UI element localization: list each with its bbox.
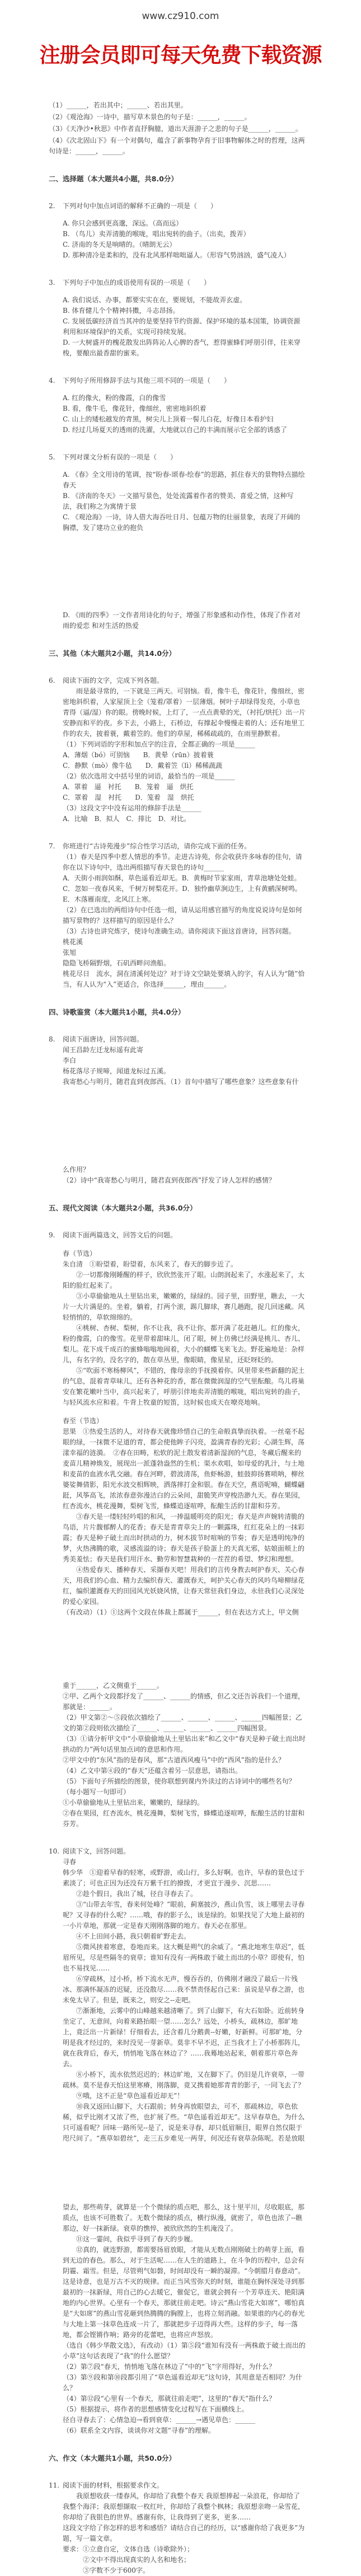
passage-paragraph: ②趁个假日，我出了城，径自寻春去了。 xyxy=(63,1889,306,1899)
question-number: 5. xyxy=(49,452,63,631)
question-number: 10. xyxy=(49,1846,63,2436)
sub-question-line: （5）根据提示，将作者的思想感情变化过程写在下面横线上。 xyxy=(63,2404,306,2415)
option-line: A. 红的像火，粉的像霞，白的像雪 xyxy=(63,393,306,403)
passage-paragraph: ⑩我又返回山脚下，大石跟前；转身再放眼望去，可不，那疏林边，草色依稀，似乎比刚才… xyxy=(63,2101,306,2144)
question-8: 8. 阅读下面唐诗，回答问题。 闻王昌龄左迁龙标遥有此寄李白杨花落尽子规啼，闻道… xyxy=(49,1034,306,1186)
sub-question-line: 隐隐飞桥隔野烟，石矶西畔问渔船。 xyxy=(63,958,306,969)
question-text: 下列句子中加点的成语使用有误的一项是（ ） xyxy=(63,278,306,288)
sub-question-line: ②甲文中的“东风”指的是春风，那“古道西风瘦马”中的“西风”指的是什么？ xyxy=(63,1755,306,1766)
sub-question-line: ②春在果园，红杏流水，桃花漫舞，梨树飞雪，蜂蝶追逐喧哗，酝酿生活的甘甜和芬芳。 xyxy=(63,1808,306,1829)
question-text: 下列句子所用修辞手法与其他三项不同的一项是（ ） xyxy=(63,376,306,386)
options-list: A. 《春》全文用诗的笔调，按“盼春-颂春-绘春”的思路，抓住春天的景物特点描绘… xyxy=(63,470,306,533)
sub-question-line: 径自寻春去了：心情急迫→看到衰草：______→遇见草色：______ xyxy=(63,2415,306,2425)
passage-paragraph: 望去，那些萌芽，就算是一个个微绿的质点吧，那么，这十里平川，尽收眼底，那质点，也… xyxy=(63,2202,306,2234)
option-line: C. 济南的冬天是响晴的。（晴朗无云） xyxy=(63,240,306,250)
passage-paragraph: 思果 ①热爱生活的人，对待春天就像珍惜自己的生命般真挚而执着。一丝毫不起眼的绿，… xyxy=(63,1427,306,1512)
sub-question-line: （1）下列词语的字形和加点字的注音，全都正确的一项是______ xyxy=(63,739,306,750)
sub-question-line: 桃花溪 xyxy=(63,937,306,947)
sub-question-line: A．薄烟（bó）可别恼 B．黄晕（rūn）披着蓑 xyxy=(63,750,306,761)
passage-xunchun-part1: 韩少华 ①迎着早春的轻寒，或野游，或山行，多么好啊。也许，早春的景色过于素淡了；… xyxy=(63,1868,306,2144)
sub-question-line: （3）这段文字中没有运用的修辞手法是______ xyxy=(63,803,306,814)
option-line: B. 体育健儿个个精神抖擞，斗志昂扬。 xyxy=(63,306,306,316)
option-line: B. （鸟儿）卖弄清脆的喉咙，唱出宛转的曲子。（出卖，拨弄） xyxy=(63,229,306,240)
poem-line: 闻王昌龄左迁龙标遥有此寄 xyxy=(63,1045,306,1055)
sub-question-line: E．木落雁南度，北风江上寒。 xyxy=(63,894,306,905)
option-line: A. 我们说话、办事，都要实实在在，要规划，不能故弄玄虚。 xyxy=(63,295,306,306)
option-line: C. 发展低碳经济首当其冲的是要坚持节约资源、保护环境的基本国策，协调资源利用和… xyxy=(63,316,306,337)
option-line: B. 《济南的冬天》一文描写景色，处处流露着作者的赞美、喜爱之情，这种写法，我们… xyxy=(63,491,306,512)
sub-question-line: （2）诗中“我寄愁心与明月，随君直到夜郎西”抒发了诗人怎样的感情？ xyxy=(63,1175,306,1186)
requirement-line: ②文中不得出现真实的人名和地名； xyxy=(63,2555,306,2565)
sub-question-line: （2）甲文第②～⑤段依次描绘了______、______、______、____… xyxy=(63,1712,306,1734)
question-4: 4. 下列句子所用修辞手法与其他三项不同的一项是（ ） A. 红的像火，粉的像霞… xyxy=(49,376,306,435)
question-number: 6. xyxy=(49,675,63,824)
blank-gap xyxy=(63,1618,306,1681)
exam-content: （1）______，若出其中；______、若出其里。（2）《观沧海》一诗中，描… xyxy=(0,76,361,2576)
sub-question-line: （4）乙文中第④段的“春天”还蕴含着另一层意思，请指出。 xyxy=(63,1766,306,1776)
sub-question-line: （1）春天是四季中惹人情思的季节。走进古诗苑，你会收获许多咏春的佳句，请你在以下… xyxy=(63,852,306,873)
sub-question-line: （3）①请分析甲文中“小草偷偷地从土里钻出来”和乙文中“春天是种子破土而出时拱动… xyxy=(63,1734,306,1755)
option-line: C. 山上的矮松越发的青黑，树尖儿上顶着一髻儿白花，好像日本看护妇 xyxy=(63,414,306,425)
question-number: 7. xyxy=(49,841,63,990)
sub-question-line: C．忽如一夜春风来，千树万树梨花开。D．独怜幽草涧边生，上有黄鹂深树鸣。 xyxy=(63,884,306,894)
sub-questions: （1）下列词语的字形和加点字的注音，全都正确的一项是______A．薄烟（bó）… xyxy=(63,739,306,824)
sub-question-line: 么作用？ xyxy=(63,1165,306,1175)
section-heading-poetry: 四、诗歌鉴赏（本大题共1小题，共4.0分） xyxy=(49,1007,306,1017)
option-line: A. 《春》全文用诗的笔调，按“盼春-颂春-绘春”的思路，抓住春天的景物特点描绘… xyxy=(63,470,306,491)
sub-question-line: 张旭 xyxy=(63,947,306,958)
question-intro: 阅读下面唐诗，回答问题。 xyxy=(63,1034,306,1045)
passage-paragraph: ④不上田间小路，我只朝着旷野走去。 xyxy=(63,1931,306,1942)
sub-question-line: （3）第⑨段和第⑩段都引用了“草色遥看近却无”这句诗，其用意是否相同？为什么？ xyxy=(63,2372,306,2394)
passage-chun: 朱自清 ①盼望着，盼望着，东风来了，春天的脚步近了。②一切都像刚睡醒的样子，欣欣… xyxy=(63,1259,306,1408)
passage-paragraph: ⑦渐渐地，云雾中的山峰越来越清晰了。到了山脚下，有大石如卧。近前转身坐定了，无意… xyxy=(63,2006,306,2070)
question-1-blanks: （1）______，若出其中；______、若出其里。（2）《观沧海》一诗中，描… xyxy=(49,100,306,157)
passage-paragraph: ⑤微风挟着寒意，卷地而来。这大概是朔气的余威了。“燕北地寒生草迟”，低眉所见，尽… xyxy=(63,1942,306,1974)
blank-fill-line: （1）______，若出其中；______、若出其里。 xyxy=(49,100,306,111)
poem-line: 李白 xyxy=(63,1055,306,1066)
blank-gap xyxy=(63,533,306,610)
sub-questions: （2）第⑦段“春天，悄悄地飞落在林边了”中的“飞”字用得好，为什么？（3）第⑨段… xyxy=(63,2362,306,2436)
question-number: 9. xyxy=(49,1230,63,1829)
sub-question-line: （2）在已选出的两组诗句中任选一组，请从运用感官描写的角度说说诗句是如何描写景物… xyxy=(63,905,306,926)
sub-question-line: （6）联系全文内容，谈谈你对文题“寻春”的理解。 xyxy=(63,2425,306,2436)
passage-paragraph: ⑤“吹面不寒杨柳风”，不错的，像母亲的手抚摸着你。风里带来些新翻的泥土的气息，混… xyxy=(63,1366,306,1408)
sub-question-line: C．罩着 湿 衬托 D．笼着 湿 烘托 xyxy=(63,792,306,803)
question-intro: 阅读下文，回答问题。 xyxy=(63,1846,306,1857)
option-line: D. 《雨的四季》一文作者用诗化的句子，增强了形象感和动作性，体现了作者对雨的爱… xyxy=(63,610,306,631)
option-line: D. 那种清冷是柔和的，没有北风那样咄咄逼人。（形容气势汹汹，盛气凌人） xyxy=(63,250,306,261)
exam-paper-page: www.cz910.com 注册会员即可每天免费下载资源 （1）______，若… xyxy=(0,0,361,2576)
passage-paragraph: ⑪这一霎间，我似乎寻到了春天的步履。 xyxy=(63,2234,306,2245)
requirement-line: ③字数不少于600字。 xyxy=(63,2565,306,2576)
option-line: D. 经过几场夏天的透雨的洗濯，大地就以自己的丰满而展示它全部的诱惑了 xyxy=(63,425,306,435)
passage-paragraph: ⑥穿疏林，过小桥，桥下流水无声，慢吞吞的，仿佛刚才融没了最后一片残冰、那满怀凝冻… xyxy=(63,1974,306,2006)
sub-question-line: 重于______，乙文侧重于______。 xyxy=(63,1681,306,1691)
passage-paragraph: 朱自清 ①盼望着，盼望着，东风来了，春天的脚步近了。 xyxy=(63,1259,306,1270)
question-5: 5. 下列对课文分析有误的一项是（ ） A. 《春》全文用诗的笔调，按“盼春-颂… xyxy=(49,452,306,631)
sub-question-line: （2）第⑦段“春天，悄悄地飞落在林边了”中的“飞”字用得好，为什么？ xyxy=(63,2362,306,2372)
question-2: 2. 下列对句中加点词语的解释不正确的一项是（ ） A. 你只会感到更高邈，深远… xyxy=(49,201,306,261)
question-intro: 阅读下面两篇选文，回答文后的问题。 xyxy=(63,1230,306,1241)
question-11: 11. 阅读下面的材料，根据要求作文。 我原想收获一缕春风，你却给了我整个春天 … xyxy=(49,2480,306,2576)
sub-question-line: ①小草偷偷地从土里钻出来，嫩嫩的，绿绿的。 xyxy=(63,1798,306,1808)
question-intro: 阅读下面的材料，根据要求作文。 xyxy=(63,2480,306,2491)
section-heading-choice: 二、选择题（本大题共4小题，共8.0分） xyxy=(49,173,306,184)
sub-question-line: （4）第⑫段“心里有一个春天，那就往前走吧”，这里的“春天”指什么？ xyxy=(63,2394,306,2404)
passage-xunchun-part2: 望去，那些萌芽，就算是一个个微绿的质点吧，那么，这十里平川，尽收眼底，那质点，也… xyxy=(63,2202,306,2340)
passage-title: 寻春 xyxy=(63,1857,306,1868)
passage-paragraph: ③春天是一缕轻轻吟唱的和风，一捧温暖明亮的阳光；春天是声声婉转清脆的鸟语，片片馥… xyxy=(63,1512,306,1565)
passage-paragraph: ③小草偷偷地从土里钻出来，嫩嫩的，绿绿的。园子里，田野里，瞧去，一大片一大片满是… xyxy=(63,1291,306,1323)
question-intro: 阅读下面的文字，完成下列各题。 xyxy=(63,675,306,686)
question-number: 2. xyxy=(49,201,63,261)
sub-question-line: A．罩着 逼 衬托 B．笼着 逼 烘托 xyxy=(63,782,306,792)
sub-question-line: （3）古诗也讲究炼字，使诗句准确生动。请你阅读下面这首唐诗，回答问题。 xyxy=(63,926,306,937)
passage-title: 春至（节选） xyxy=(63,1416,306,1427)
requirement-line: 要求：①立意自定，文体自选（诗歌除外）； xyxy=(63,2544,306,2555)
passage-paragraph: ③“山带去年雪，春来何处峰？”眼前，蓟塞披沙，燕山负雪，该上哪里去寻春呢？又寻春… xyxy=(63,1899,306,1931)
question-6: 6. 阅读下面的文字，完成下列各题。 雨是最寻常的，一下就是三两天。可别恼。看，… xyxy=(49,675,306,824)
blank-gap xyxy=(63,2144,306,2202)
poem-line: 杨花落尽子规啼，闻道龙标过五溪。 xyxy=(63,1066,306,1077)
sub-questions: 重于______，乙文侧重于______。②甲、乙两个文段都抒发了______、… xyxy=(63,1681,306,1829)
options-list: A. 我们说话、办事，都要实实在在，要规划，不能故弄玄虚。B. 体育健儿个个精神… xyxy=(63,295,306,359)
section-heading-reading: 五、现代文阅读（本大题共2小题，共36.0分） xyxy=(49,1203,306,1213)
passage-paragraph: ⑨哦，这不正是“草色遥看近却无”！ xyxy=(63,2091,306,2101)
sub-question-line: （选自《韩少华散文选》，有改动）（1）第⑤段“谁知有没有一两株敢于破土而出的小草… xyxy=(63,2340,306,2362)
passage-paragraph: ②一切都像刚睡醒的样子，欣欣然张开了眼。山朗润起来了，水涨起来了，太阳的脸红起来… xyxy=(63,1270,306,1291)
composition-prompt: 这段文字给了你怎样的思考和感悟？请结合自己的经历，以“感谢你给了我更多”为题，写… xyxy=(63,2523,306,2544)
passage-chunzhi: 思果 ①热爱生活的人，对待春天就像珍惜自己的生命般真挚而执着。一丝毫不起眼的绿，… xyxy=(63,1427,306,1607)
reading-passage: 雨是最寻常的，一下就是三两天。可别恼。看，像牛毛，像花针，像细丝，密密地斜织着，… xyxy=(63,686,306,739)
sub-question-line: A．天街小雨润如酥，草色遥看近却无。B．黄梅时节家家雨，青草池塘处处蛙。 xyxy=(63,873,306,884)
blank-fill-line: （2）《观沧海》一诗中，描写草木景色的句子是：______，______。 xyxy=(49,112,306,123)
poem-lines: 闻王昌龄左迁龙标遥有此寄李白杨花落尽子规啼，闻道龙标过五溪。我寄愁心与明月，随君… xyxy=(63,1045,306,1087)
option-line: C. 《观沧海》一诗，诗人借大海吞吐日月、包蕴万物的壮丽景象，表现了开阔的胸襟，… xyxy=(63,512,306,533)
question-intro: 你班进行“古诗苑漫步”综合性学习活动，请你完成下面的任务。 xyxy=(63,841,306,852)
question-number: 3. xyxy=(49,278,63,359)
sub-question-line: （5）下面句子所描绘的图景，使你联想到课内外读过的古诗词中的哪些名句？（每小题写… xyxy=(63,1776,306,1798)
passage-paragraph: 韩少华 ①迎着早春的轻寒，或野游，或山行，多么好啊。也许，早春的景色过于素淡了；… xyxy=(63,1868,306,1889)
options-list: A. 你只会感到更高邈，深远。（高而远）B. （鸟儿）卖弄清脆的喉咙，唱出宛转的… xyxy=(63,218,306,261)
question-3: 3. 下列句子中加点的成语使用有误的一项是（ ） A. 我们说话、办事，都要实实… xyxy=(49,278,306,359)
question-9: 9. 阅读下面两篇选文，回答文后的问题。 春（节选） 朱自清 ①盼望着，盼望着，… xyxy=(49,1230,306,1829)
promo-banner: 注册会员即可每天免费下载资源 xyxy=(0,35,361,76)
blank-fill-line: （4）《次北固山下》有一个对偶句，蕴含了新事物孕育于旧事物解体之时的哲理，这两句… xyxy=(49,135,306,157)
passage-paragraph: ⑫真的，就连野游，都需要扬眉放眼，才能从无数点刚刚破土的萌芽上面，看到无边的春色… xyxy=(63,2245,306,2340)
blank-gap xyxy=(63,1087,306,1165)
question-number: 4. xyxy=(49,376,63,435)
option-line: A. 你只会感到更高邈，深远。（高而远） xyxy=(63,218,306,229)
question-10: 10. 阅读下文，回答问题。 寻春 韩少华 ①迎着早春的轻寒，或野游，或山行，多… xyxy=(49,1846,306,2436)
sub-question-line: 桃花尽日 流水，洞在清溪何处边？对于诗文空缺处要填入的字，有人认为“随”恰当，有… xyxy=(63,969,306,990)
sub-question-line: A．比喻 B．拟人 C．排比 D．对比。 xyxy=(63,814,306,824)
sub-question-line: （有改动）（1）①这两个文段在体裁上都属于______，但在表达方式上，甲文侧 xyxy=(63,1607,306,1618)
site-url: www.cz910.com xyxy=(0,0,361,22)
passage-paragraph: ⑧小桥下，流水依然迟迟的；林边旷地，又在脚下了。仍旧是几许衰草，一带疏林。莫不是… xyxy=(63,2070,306,2091)
question-7: 7. 你班进行“古诗苑漫步”综合性学习活动，请你完成下面的任务。 （1）春天是四… xyxy=(49,841,306,990)
sub-question-line: ②甲、乙两个文段都抒发了______、______的情感，但乙文还告诉我们一个道… xyxy=(63,1691,306,1712)
section-heading-composition: 六、作文（本大题共1小题，共50.0分） xyxy=(49,2453,306,2464)
option-line: B. 看，像牛毛，像花针，像细丝，密密地斜织着 xyxy=(63,403,306,414)
option-line: D. 一大树盛开的槐花散发出阵阵沁人心脾的香气，惹得蜜蜂们呼朋引伴，往来穿梭，要… xyxy=(63,337,306,359)
question-text: 下列对句中加点词语的解释不正确的一项是（ ） xyxy=(63,201,306,212)
passage-title: 春（节选） xyxy=(63,1249,306,1259)
section-heading-other: 三、其他（本大题共2小题，共14.0分） xyxy=(49,648,306,659)
passage-paragraph: ④热爱春天、播种春天、采撷春天吧！用我们的言传身教去呵护春天、关心春天，用我们的… xyxy=(63,1565,306,1607)
question-number: 8. xyxy=(49,1034,63,1186)
blank-fill-line: （3）《天净沙•秋思》中作者直抒胸臆，道出天涯游子之悲的句子是______，__… xyxy=(49,124,306,134)
question-number: 11. xyxy=(49,2480,63,2576)
sub-question-line: C．静默（mò）像牛毡 D．戴着笠（lì）稀稀蔬蔬 xyxy=(63,761,306,771)
sub-questions: （1）春天是四季中惹人情思的季节。走进古诗苑，你会收获许多咏春的佳句，请你在以下… xyxy=(63,852,306,990)
sub-question-line: （2）依次选用文中括号里的词语，最恰当的一项是______ xyxy=(63,771,306,782)
poem-line: 我寄愁心与明月，随君直到夜郎西。（1）首句中描写了哪些意象？这些意象有什 xyxy=(63,1077,306,1087)
question-text: 下列对课文分析有误的一项是（ ） xyxy=(63,452,306,463)
passage-paragraph: ④桃树、杏树、梨树，你不让我，我不让你，都开满了花赶趟儿。红的像火，粉的像霞，白… xyxy=(63,1323,306,1366)
composition-material: 我原想收获一缕春风，你却给了我整个春天 我原想捧起一朵浪花，你却给了我整个海洋；… xyxy=(63,2491,306,2523)
options-list: A. 红的像火，粉的像霞，白的像雪B. 看，像牛毛，像花针，像细丝，密密地斜织着… xyxy=(63,393,306,435)
